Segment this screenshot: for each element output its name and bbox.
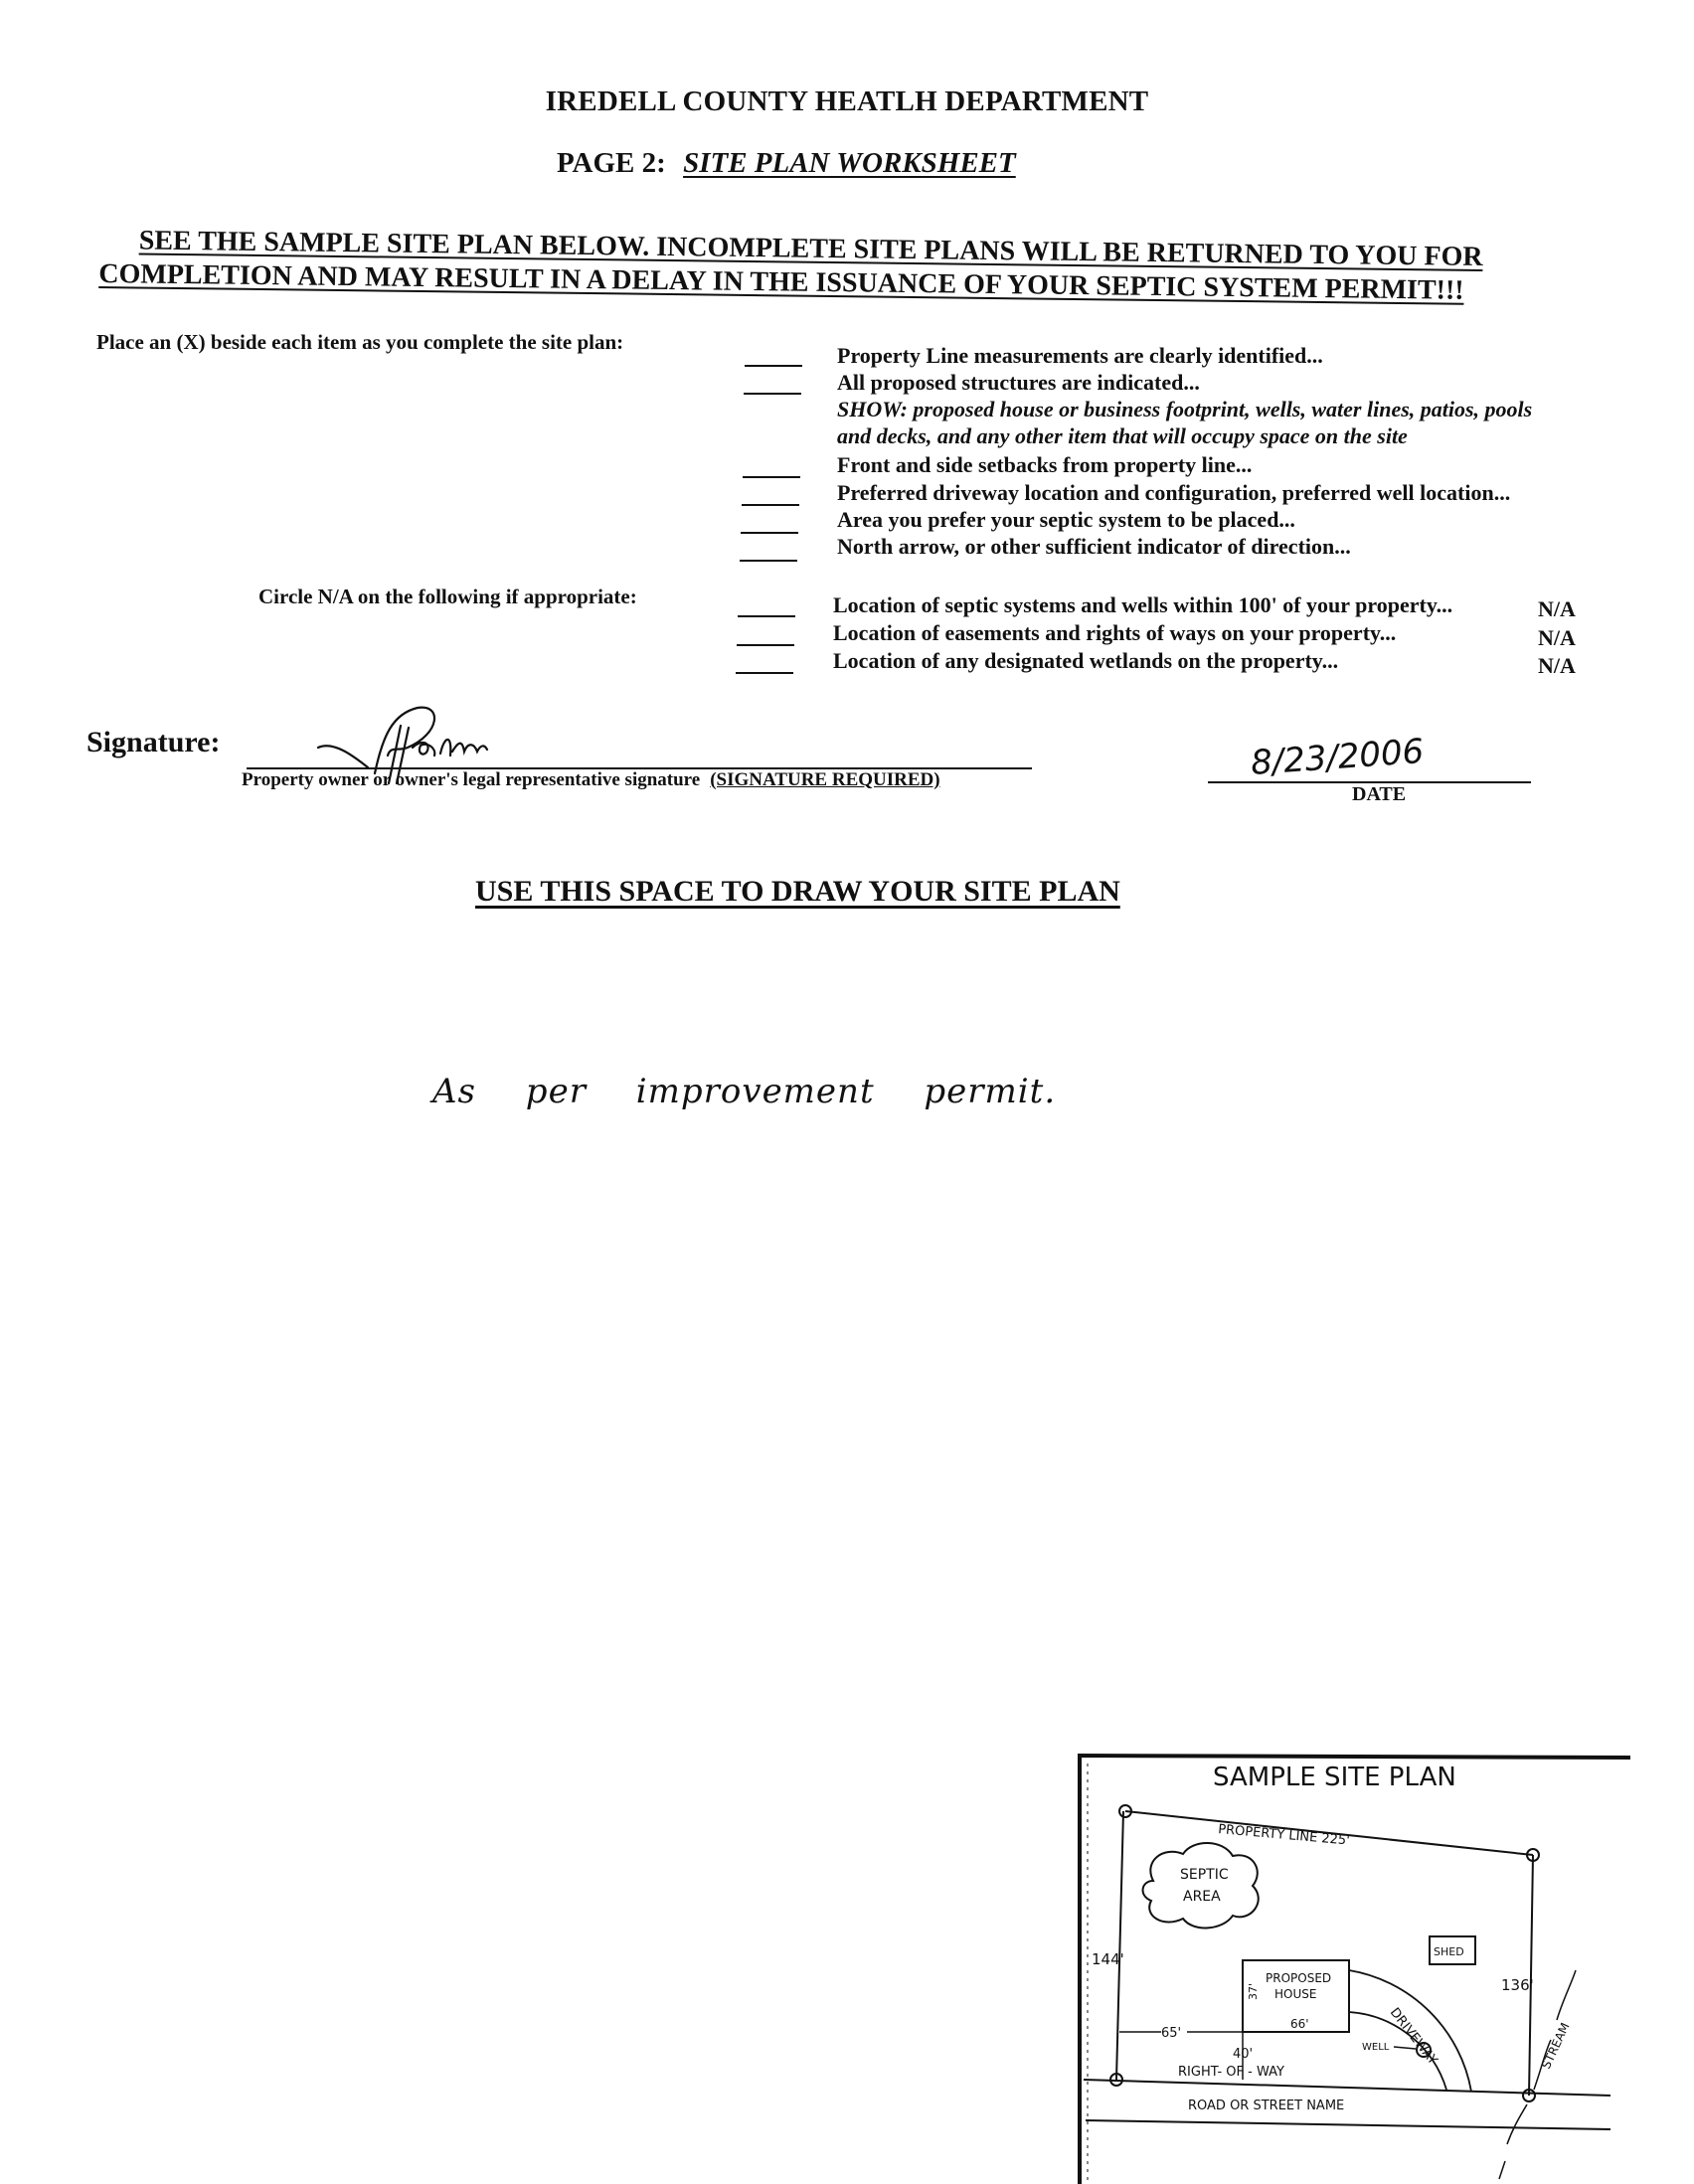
- stream-label: STREAM: [1539, 2021, 1573, 2072]
- septic-area-cloud: [1143, 1843, 1259, 1928]
- handwritten-note: As per improvement permit.: [432, 1072, 1056, 1111]
- show-note-line-2: and decks, and any other item that will …: [837, 423, 1408, 449]
- na-checkbox-blank-3[interactable]: [736, 672, 793, 674]
- septic-label-2: AREA: [1183, 1889, 1221, 1905]
- shed-label: SHED: [1434, 1945, 1464, 1958]
- checklist-item-3: Front and side setbacks from property li…: [837, 452, 1252, 478]
- checklist-item-2: All proposed structures are indicated...: [837, 370, 1200, 396]
- checklist-item-1: Property Line measurements are clearly i…: [837, 343, 1323, 369]
- na-option-1[interactable]: N/A: [1538, 596, 1576, 622]
- signature-required-note: (SIGNATURE REQUIRED): [710, 769, 939, 790]
- checkbox-blank-3[interactable]: [743, 476, 800, 478]
- signature-label: Signature:: [86, 726, 220, 759]
- sample-site-plan-drawing: SAMPLE SITE PLAN PROPERTY LINE 225' SEPT…: [1074, 1752, 1630, 2184]
- checkbox-blank-2[interactable]: [744, 393, 801, 395]
- well-label: WELL: [1362, 2042, 1390, 2053]
- draw-site-plan-heading: USE THIS SPACE TO DRAW YOUR SITE PLAN: [475, 875, 1120, 909]
- na-item-3: Location of any designated wetlands on t…: [833, 648, 1338, 674]
- sample-title: SAMPLE SITE PLAN: [1213, 1763, 1456, 1792]
- house-label-2: HOUSE: [1274, 1987, 1316, 2001]
- checklist-instruction: Place an (X) beside each item as you com…: [96, 330, 623, 355]
- na-checkbox-blank-2[interactable]: [737, 644, 794, 646]
- property-line-label: PROPERTY LINE 225': [1218, 1822, 1351, 1849]
- checklist-item-5: Area you prefer your septic system to be…: [837, 507, 1295, 533]
- checkbox-blank-5[interactable]: [741, 532, 798, 534]
- house-width: 66': [1290, 2017, 1309, 2031]
- road-label: ROAD OR STREET NAME: [1188, 2099, 1344, 2113]
- page-name: SITE PLAN WORKSHEET: [683, 147, 1016, 179]
- incomplete-plan-warning: SEE THE SAMPLE SITE PLAN BELOW. INCOMPLE…: [98, 224, 1610, 310]
- na-option-2[interactable]: N/A: [1538, 625, 1576, 651]
- left-side-dimension: 144': [1092, 1950, 1124, 1968]
- na-item-1: Location of septic systems and wells wit…: [833, 592, 1452, 618]
- na-item-2: Location of easements and rights of ways…: [833, 620, 1396, 646]
- checklist-item-4: Preferred driveway location and configur…: [837, 480, 1510, 506]
- right-of-way-label: RIGHT- OF - WAY: [1178, 2065, 1284, 2080]
- checkbox-blank-4[interactable]: [742, 504, 799, 506]
- page-label: PAGE 2:: [557, 147, 666, 179]
- checkbox-blank-1[interactable]: [745, 365, 802, 367]
- checklist-item-6: North arrow, or other sufficient indicat…: [837, 534, 1351, 560]
- septic-label-1: SEPTIC: [1180, 1867, 1229, 1883]
- right-side-dimension: 136': [1501, 1976, 1534, 1994]
- front-setback: 40': [1233, 2047, 1253, 2062]
- house-depth: 37': [1247, 1983, 1260, 2000]
- sample-site-plan: SAMPLE SITE PLAN PROPERTY LINE 225' SEPT…: [1074, 1752, 1630, 2184]
- house-label-1: PROPOSED: [1266, 1971, 1331, 1985]
- department-title: IREDELL COUNTY HEATLH DEPARTMENT: [0, 85, 1694, 118]
- side-setback: 65': [1161, 2026, 1181, 2041]
- date-value: 8/23/2006: [1250, 732, 1426, 783]
- na-instruction: Circle N/A on the following if appropria…: [258, 585, 637, 609]
- date-label: DATE: [1352, 783, 1406, 806]
- signature-caption-text: Property owner or owner's legal represen…: [242, 769, 700, 790]
- checkbox-blank-6[interactable]: [740, 560, 797, 562]
- page-title: PAGE 2: SITE PLAN WORKSHEET: [557, 147, 1016, 180]
- show-note-line-1: SHOW: proposed house or business footpri…: [837, 397, 1532, 422]
- na-checkbox-blank-1[interactable]: [738, 615, 795, 617]
- signature-caption: Property owner or owner's legal represen…: [242, 769, 940, 791]
- na-option-3[interactable]: N/A: [1538, 653, 1576, 679]
